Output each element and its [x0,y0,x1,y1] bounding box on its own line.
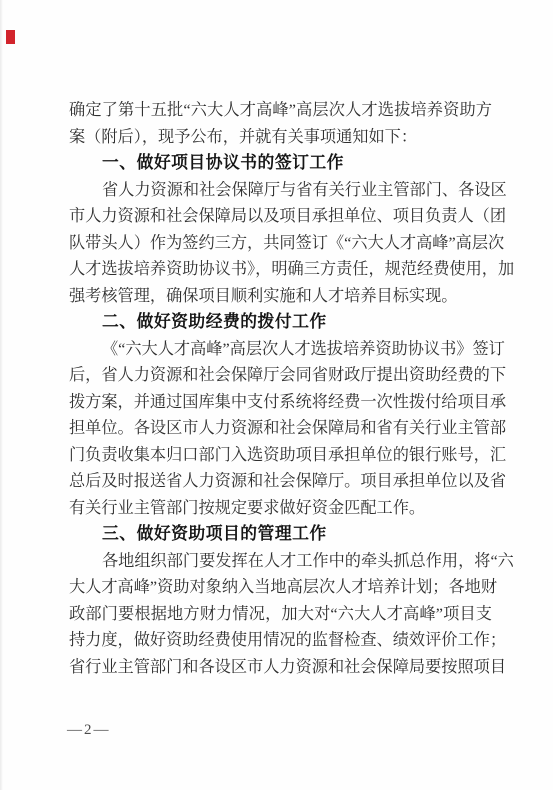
body-text-line: 大人才高峰”资助对象纳入当地高层次人才培养计划；各地财 [69,574,492,601]
body-text-line: 队带头人）作为签约三方，共同签订《“六大人才高峰”高层次 [69,230,492,257]
body-text-line: 总后及时报送省人力资源和社会保障厅。项目承担单位以及省 [69,468,492,495]
body-text-line: 强考核管理，确保项目顺利实施和人才培养目标实现。 [69,283,492,310]
section-heading: 二、做好资助经费的拨付工作 [69,309,492,336]
body-text-line: 后，省人力资源和社会保障厅会同省财政厅提出资助经费的下 [69,362,492,389]
body-text-line: 各地组织部门要发挥在人才工作中的牵头抓总作用，将“六 [69,548,492,575]
body-text-line: 省行业主管部门和各设区市人力资源和社会保障局要按照项目 [69,654,492,681]
page-number: —2— [67,722,111,739]
body-text-line: 持力度，做好资助经费使用情况的监督检查、绩效评价工作； [69,627,492,654]
body-text-line: 有关行业主管部门按规定要求做好资金匹配工作。 [69,495,492,522]
body-text-line: 人才选拔培养资助协议书》，明确三方责任，规范经费使用，加 [69,256,492,283]
section-heading: 一、做好项目协议书的签订工作 [69,150,492,177]
scan-edge-shadow [0,0,3,790]
body-text-line: 案（附后），现予公布，并就有关事项通知如下： [69,124,492,151]
document-page: 确定了第十五批“六大人才高峰”高层次人才选拔培养资助方案（附后），现予公布，并就… [0,0,553,790]
body-text-line: 省人力资源和社会保障厅与省有关行业主管部门、各设区 [69,177,492,204]
red-corner-mark [6,30,15,44]
section-heading: 三、做好资助项目的管理工作 [69,521,492,548]
body-text-line: 确定了第十五批“六大人才高峰”高层次人才选拔培养资助方 [69,97,492,124]
body-text-line: 政部门要根据地方财力情况，加大对“六大人才高峰”项目支 [69,601,492,628]
document-body: 确定了第十五批“六大人才高峰”高层次人才选拔培养资助方案（附后），现予公布，并就… [69,97,492,680]
body-text-line: 《“六大人才高峰”高层次人才选拔培养资助协议书》签订 [69,336,492,363]
body-text-line: 门负责收集本归口部门入选资助项目承担单位的银行账号，汇 [69,442,492,469]
body-text-line: 拨方案，并通过国库集中支付系统将经费一次性拨付给项目承 [69,389,492,416]
body-text-line: 市人力资源和社会保障局以及项目承担单位、项目负责人（团 [69,203,492,230]
body-text-line: 担单位。各设区市人力资源和社会保障局和省有关行业主管部 [69,415,492,442]
